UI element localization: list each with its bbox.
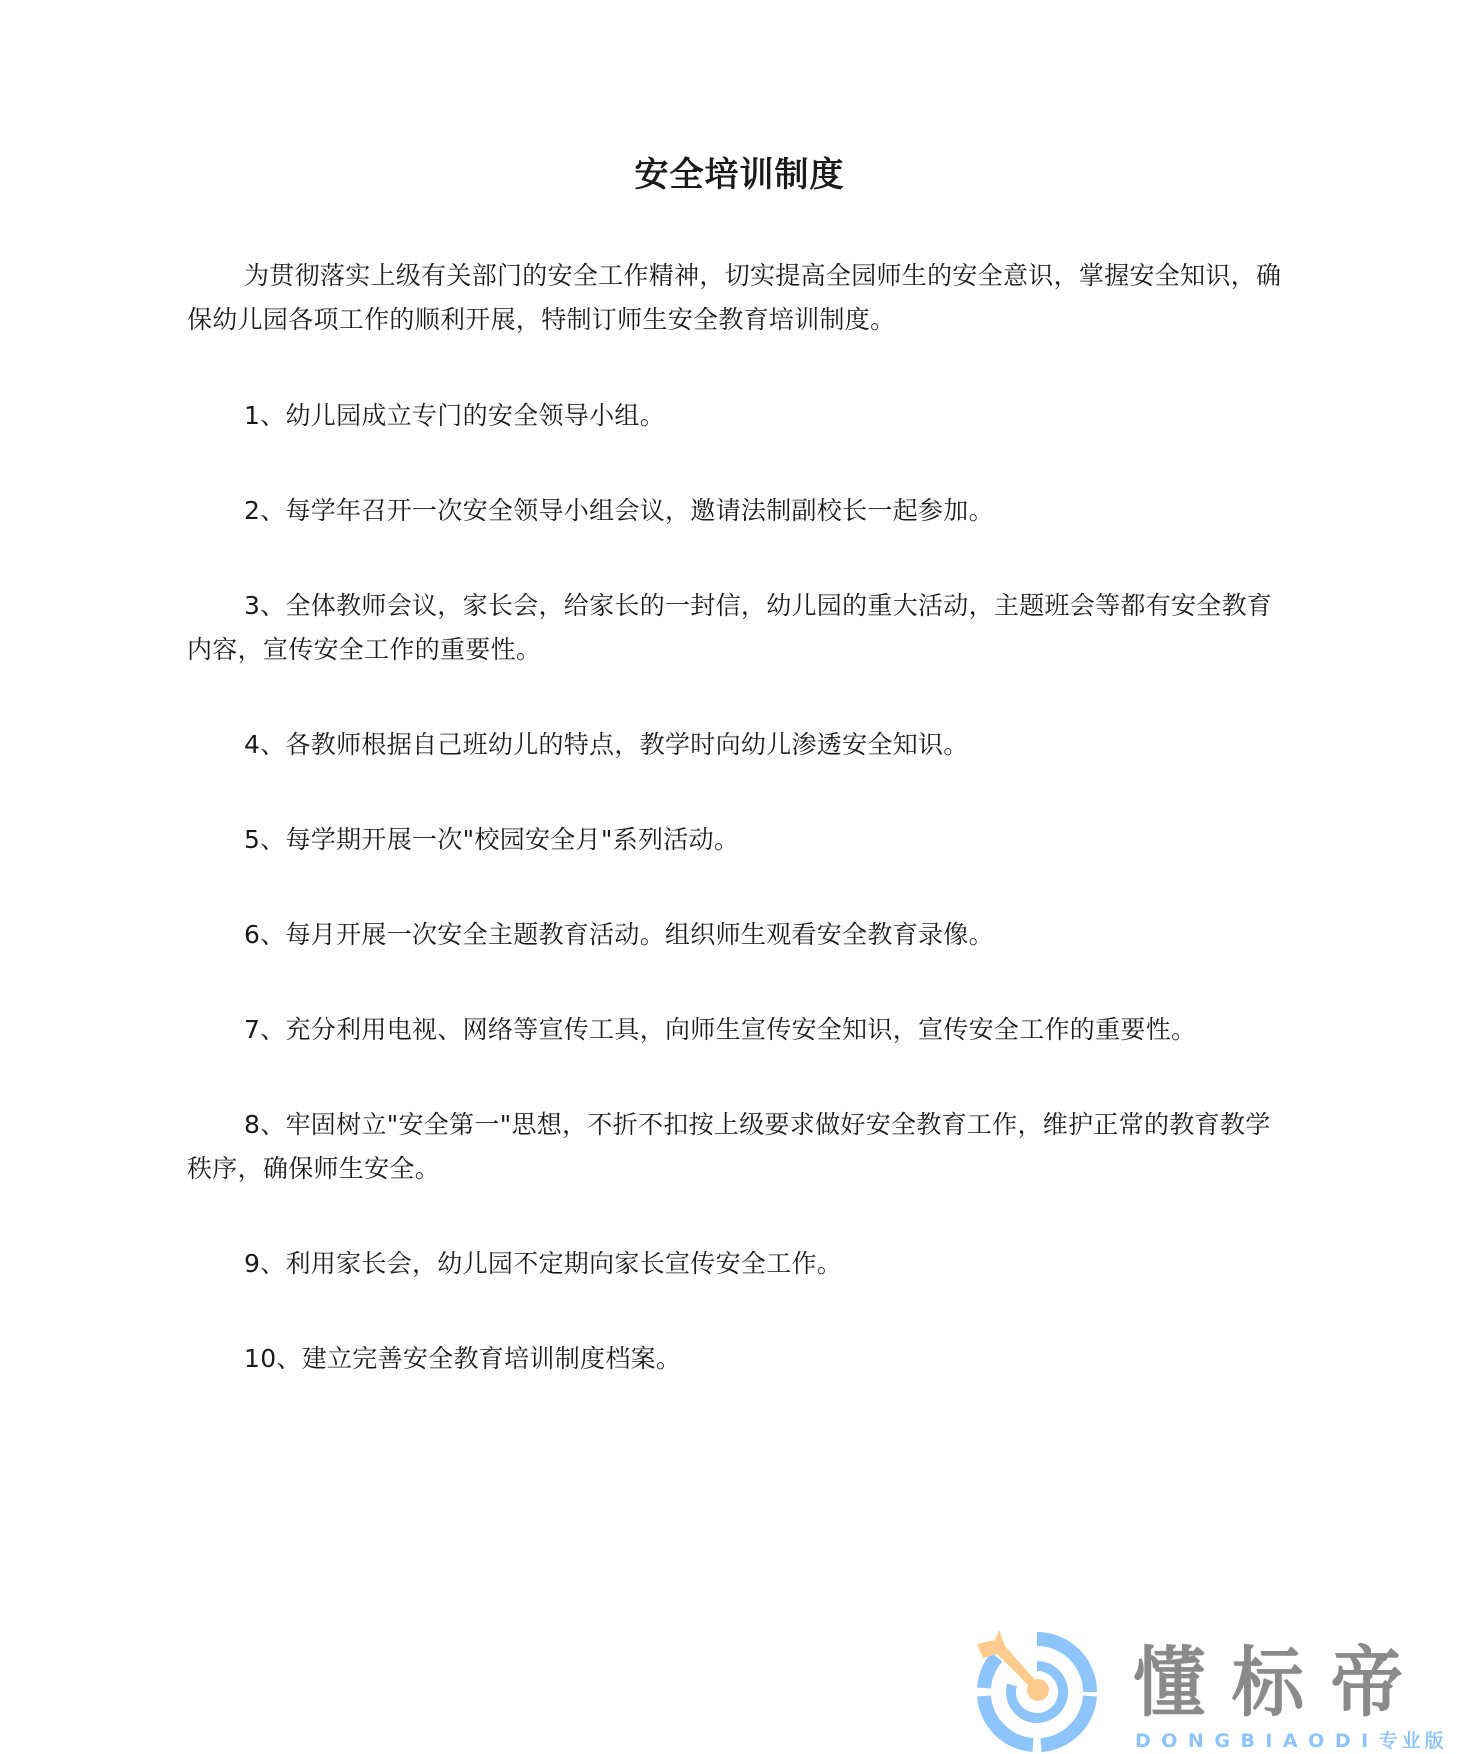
brand-name-en: DONGBIAODI专业版	[1135, 1730, 1448, 1752]
document-title: 安全培训制度	[187, 148, 1292, 202]
list-item: 2、每学年召开一次安全领导小组会议，邀请法制副校长一起参加。	[187, 489, 1292, 533]
intro-paragraph: 为贯彻落实上级有关部门的安全工作精神，切实提高全园师生的安全意识，掌握安全知识，…	[187, 254, 1292, 342]
brand-name-latin: DONGBIAODI	[1135, 1730, 1379, 1752]
watermark-logo: 懂标帝 DONGBIAODI专业版	[975, 1630, 1455, 1754]
list-item: 1、幼儿园成立专门的安全领导小组。	[187, 394, 1292, 438]
list-item: 4、各教师根据自己班幼儿的特点，教学时向幼儿渗透安全知识。	[187, 723, 1292, 767]
brand-name-cn: 懂标帝	[1133, 1640, 1429, 1726]
list-item: 8、牢固树立"安全第一"思想，不折不扣按上级要求做好安全教育工作，维护正常的教育…	[187, 1103, 1292, 1191]
list-item: 5、每学期开展一次"校园安全月"系列活动。	[187, 818, 1292, 862]
list-item: 9、利用家长会，幼儿园不定期向家长宣传安全工作。	[187, 1242, 1292, 1286]
list-item: 10、建立完善安全教育培训制度档案。	[187, 1337, 1292, 1381]
list-item: 7、充分利用电视、网络等宣传工具，向师生宣传安全知识，宣传安全工作的重要性。	[187, 1008, 1292, 1052]
document-body: 为贯彻落实上级有关部门的安全工作精神，切实提高全园师生的安全意识，掌握安全知识，…	[187, 254, 1292, 1432]
list-item: 3、全体教师会议，家长会，给家长的一封信，幼儿园的重大活动，主题班会等都有安全教…	[187, 584, 1292, 672]
list-item: 6、每月开展一次安全主题教育活动。组织师生观看安全教育录像。	[187, 913, 1292, 957]
edition-label: 专业版	[1379, 1730, 1448, 1752]
target-arrow-icon	[975, 1630, 1100, 1754]
